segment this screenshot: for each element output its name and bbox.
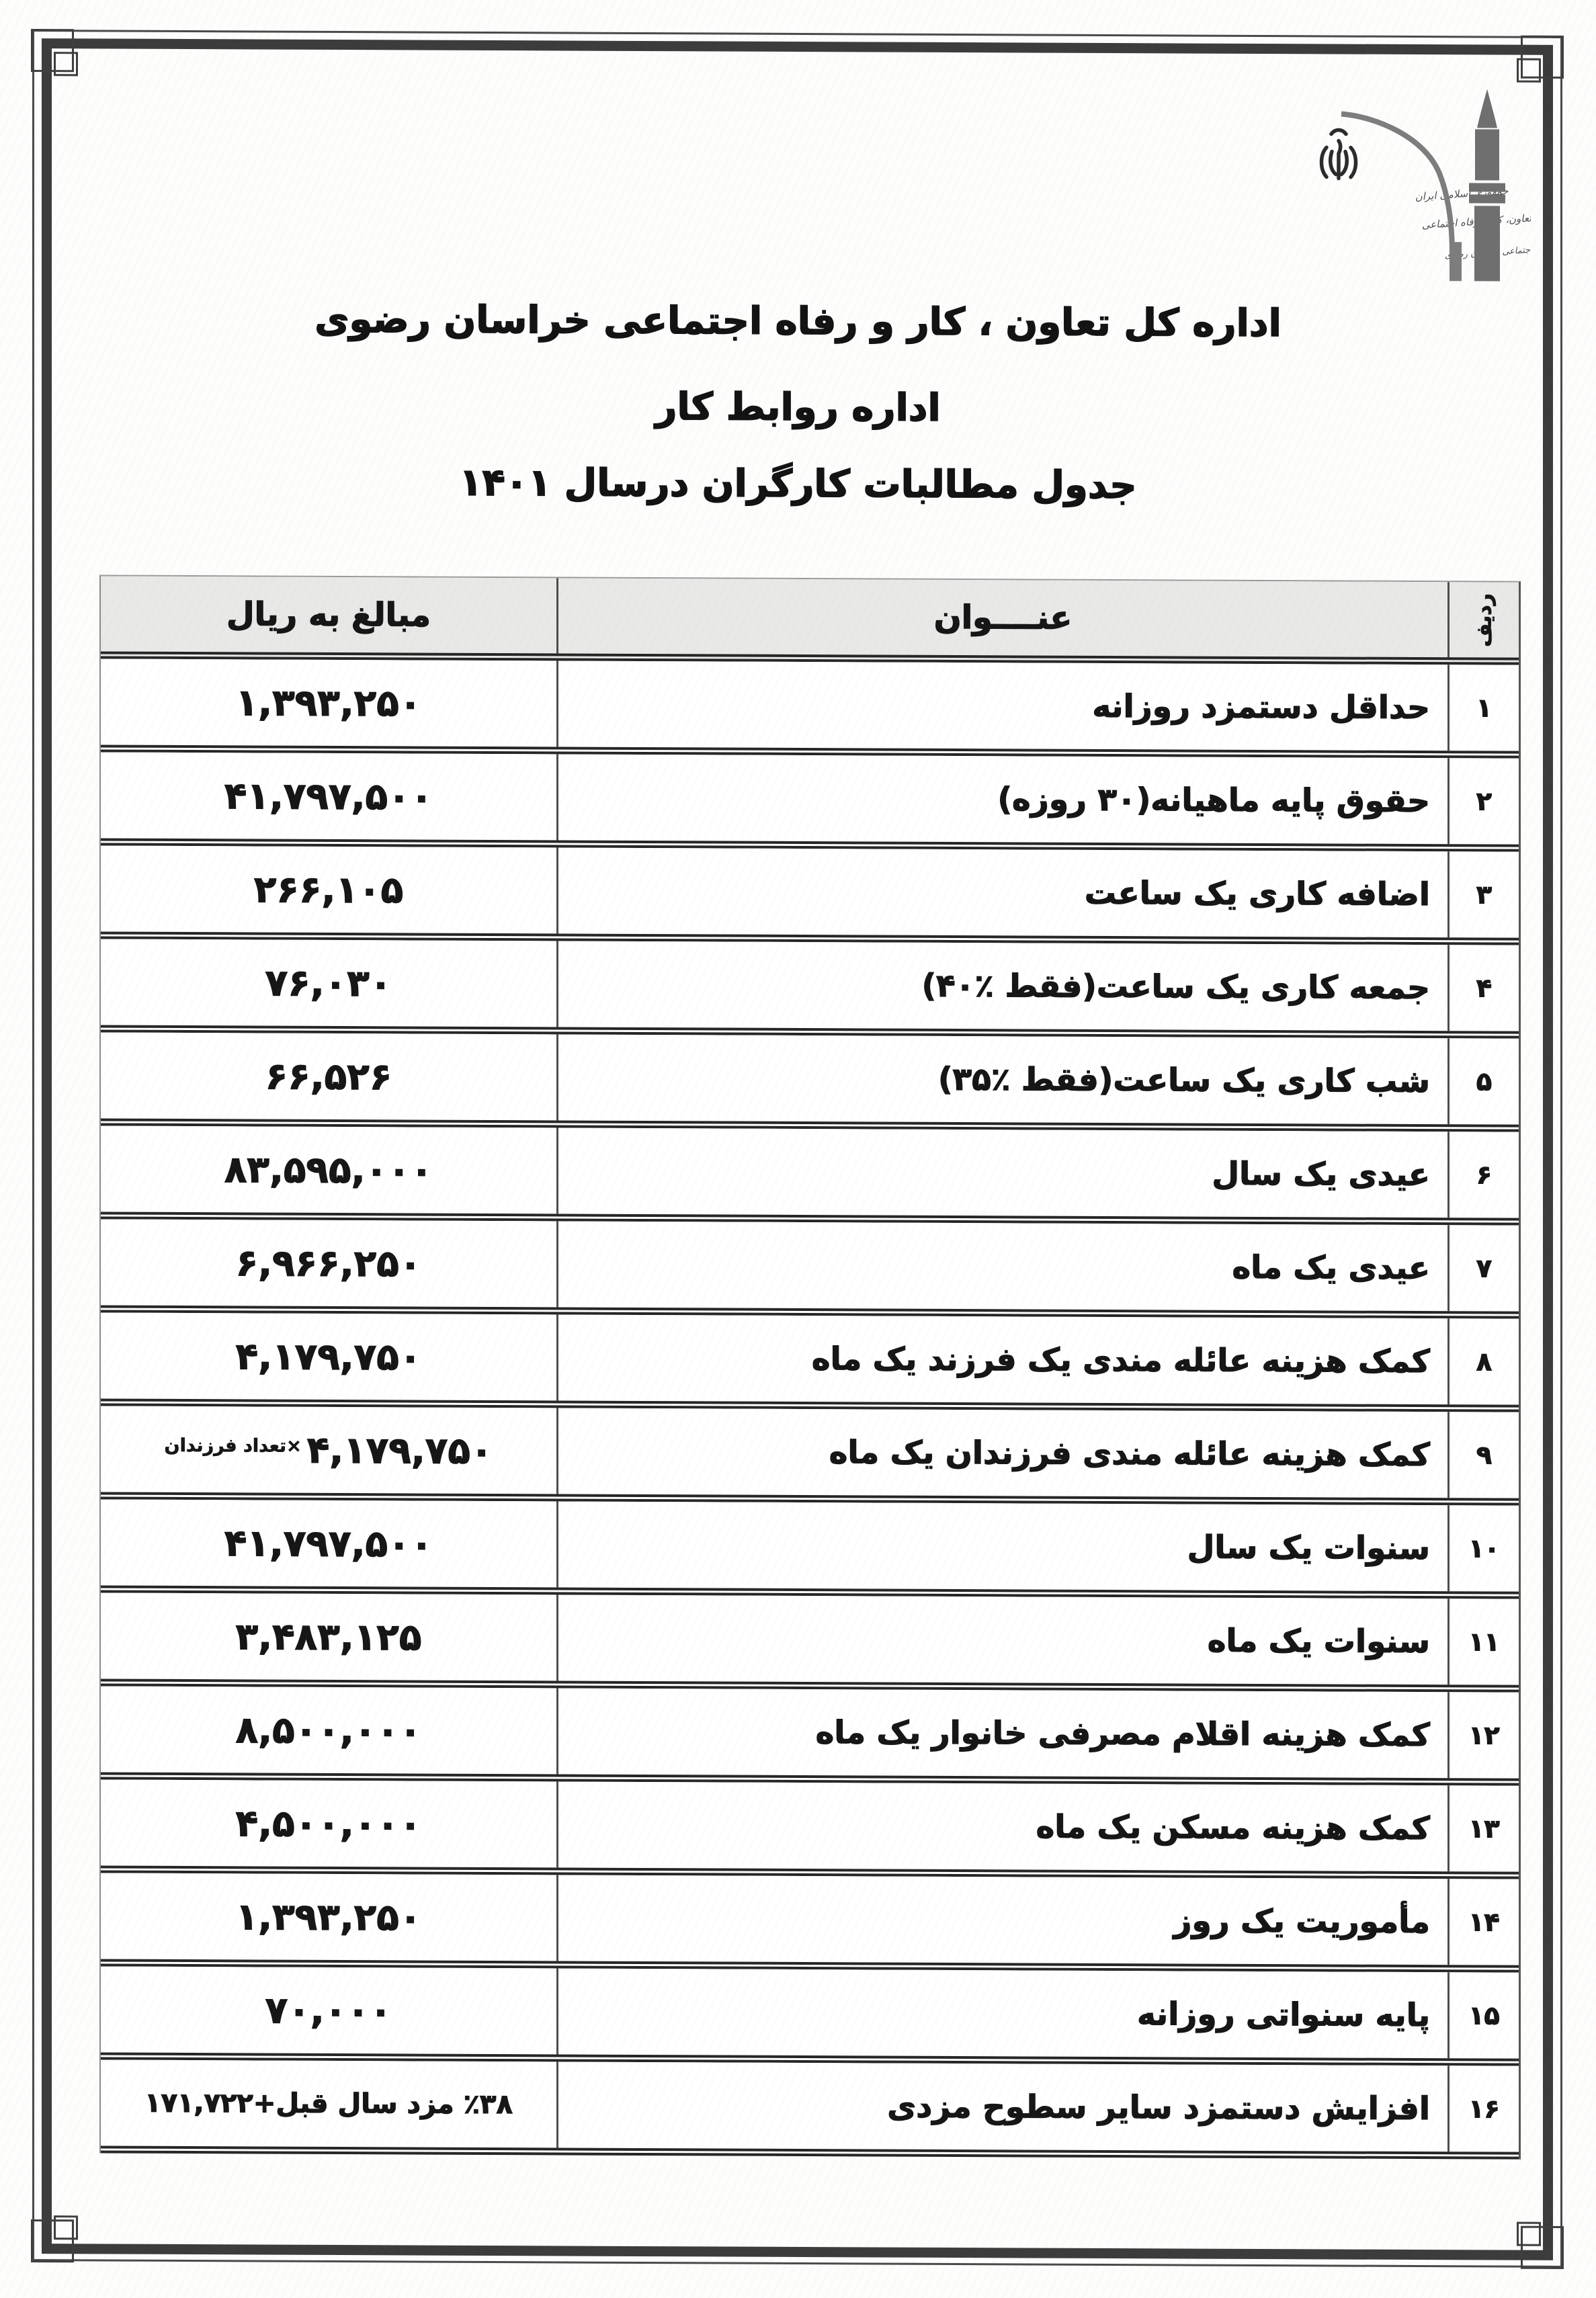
row-title: مأموریت یک روز [556, 1875, 1447, 1965]
row-title: کمک هزینه اقلام مصرفی خانوار یک ماه [556, 1688, 1447, 1778]
row-number: ۱ [1447, 665, 1519, 751]
row-amount: ۲۶۶,۱۰۵ [101, 845, 556, 933]
row-amount: ۶,۹۶۶,۲۵۰ [101, 1219, 556, 1307]
table-row: ۳ اضافه کاری یک ساعت ۲۶۶,۱۰۵ [101, 845, 1519, 945]
row-amount-value: ۷۶,۰۳۰ [265, 962, 392, 1005]
row-number: ۹ [1447, 1412, 1519, 1498]
table-row: ۱۲ کمک هزینه اقلام مصرفی خانوار یک ماه ۸… [101, 1686, 1519, 1785]
row-amount: ٪۳۸ مزد سال قبل+۱۷۱,۷۲۲ [101, 2059, 556, 2147]
row-number: ۵ [1447, 1038, 1519, 1124]
row-amount-value: ۴۱,۷۹۷,۵۰۰ [224, 1521, 433, 1565]
row-amount-value: ۶۶,۵۲۶ [265, 1055, 392, 1099]
row-number: ۴ [1447, 945, 1519, 1031]
allah-emblem-icon [1322, 130, 1356, 178]
row-amount: ۳,۴۸۳,۱۲۵ [101, 1592, 556, 1680]
row-amount-value: ٪۳۸ مزد سال قبل+۱۷۱,۷۲۲ [144, 2088, 513, 2120]
ministry-logo: جمهوری اسلامی ایران وزارت تعاون، کار و ر… [1262, 84, 1531, 314]
row-number: ۶ [1447, 1132, 1519, 1218]
claims-table: ردیف عنــــوان مبالغ به ریال ۱ حداقل دست… [99, 574, 1521, 2159]
letterhead: جمهوری اسلامی ایران وزارت تعاون، کار و ر… [1262, 84, 1531, 314]
row-amount-value: ۱,۳۹۳,۲۵۰ [236, 1895, 422, 1939]
table-row: ۲ حقوق پایه ماهیانه(۳۰ روزه) ۴۱,۷۹۷,۵۰۰ [101, 752, 1519, 851]
row-title: کمک هزینه عائله مندی یک فرزند یک ماه [556, 1314, 1447, 1404]
row-amount-value: ۴,۵۰۰,۰۰۰ [236, 1801, 422, 1845]
table-row: ۷ عیدی یک ماه ۶,۹۶۶,۲۵۰ [101, 1219, 1519, 1318]
row-title: افزایش دستمزد سایر سطوح مزدی [556, 2061, 1447, 2152]
header-amount: مبالغ به ریال [101, 576, 556, 653]
corner-ornament [54, 2215, 78, 2240]
table-row: ۵ شب کاری یک ساعت(فقط ٪۳۵) ۶۶,۵۲۶ [101, 1032, 1519, 1132]
scanned-document-page: جمهوری اسلامی ایران وزارت تعاون، کار و ر… [0, 0, 1596, 2298]
row-number: ۱۵ [1447, 1972, 1519, 2058]
row-title: سنوات یک ماه [556, 1594, 1447, 1685]
org-title: اداره کل تعاون ، کار و رفاه اجتماعی خراس… [0, 296, 1596, 347]
row-title: اضافه کاری یک ساعت [556, 847, 1447, 937]
row-title: جمعه کاری یک ساعت(فقط ٪۴۰) [556, 941, 1447, 1031]
row-amount-value: ۳,۴۸۳,۱۲۵ [236, 1615, 422, 1658]
row-amount-note: ×تعداد فرزندان [165, 1435, 302, 1456]
table-row: ۱۶ افزایش دستمزد سایر سطوح مزدی ٪۳۸ مزد … [101, 2059, 1519, 2159]
row-title: شب کاری یک ساعت(فقط ٪۳۵) [556, 1034, 1447, 1124]
row-number: ۱۰ [1447, 1505, 1519, 1591]
table-row: ۱۳ کمک هزینه مسکن یک ماه ۴,۵۰۰,۰۰۰ [101, 1779, 1519, 1879]
table-row: ۶ عیدی یک سال ۸۳,۵۹۵,۰۰۰ [101, 1125, 1519, 1225]
row-title: حقوق پایه ماهیانه(۳۰ روزه) [556, 754, 1447, 844]
row-title: سنوات یک سال [556, 1501, 1447, 1591]
row-number: ۸ [1447, 1318, 1519, 1404]
corner-ornament [54, 52, 78, 76]
row-number: ۷ [1447, 1225, 1519, 1311]
row-amount: ۷۰,۰۰۰ [101, 1966, 556, 2054]
corner-ornament [1517, 58, 1541, 83]
row-amount-value: ۱,۳۹۳,۲۵۰ [236, 681, 422, 724]
table-row: ۱۴ مأموریت یک روز ۱,۳۹۳,۲۵۰ [101, 1873, 1519, 1972]
row-amount: ۴۱,۷۹۷,۵۰۰ [101, 752, 556, 840]
row-title: حداقل دستمزد روزانه [556, 661, 1447, 751]
table-caption: جدول مطالبات کارگران درسال ۱۴۰۱ [0, 459, 1596, 509]
row-amount-value: ۸,۵۰۰,۰۰۰ [236, 1708, 422, 1752]
row-amount: ۴,۱۷۹,۷۵۰ [101, 1312, 556, 1400]
row-amount: ۴,۱۷۹,۷۵۰ ×تعداد فرزندان [101, 1406, 556, 1494]
dept-title: اداره روابط کار [0, 382, 1596, 433]
row-title: پایه سنواتی روزانه [556, 1968, 1447, 2058]
row-amount: ۷۶,۰۳۰ [101, 939, 556, 1027]
minaret-icon [1469, 89, 1505, 281]
row-amount: ۴,۵۰۰,۰۰۰ [101, 1779, 556, 1867]
row-amount-value: ۴۱,۷۹۷,۵۰۰ [224, 774, 433, 818]
header-title: عنــــوان [556, 578, 1447, 657]
header-row-number-label: ردیف [1472, 593, 1496, 647]
scan-skew-wrapper: جمهوری اسلامی ایران وزارت تعاون، کار و ر… [0, 0, 1596, 2298]
row-title: عیدی یک سال [556, 1127, 1447, 1218]
table-row: ۱۱ سنوات یک ماه ۳,۴۸۳,۱۲۵ [101, 1592, 1519, 1692]
row-amount-value: ۴,۱۷۹,۷۵۰ [307, 1429, 493, 1472]
header-row-number: ردیف [1447, 582, 1519, 657]
shrine-arch-icon [1453, 242, 1462, 281]
row-title: کمک هزینه عائله مندی فرزندان یک ماه [556, 1408, 1447, 1498]
row-amount-value: ۸۳,۵۹۵,۰۰۰ [224, 1148, 433, 1191]
row-amount: ۸,۵۰۰,۰۰۰ [101, 1686, 556, 1774]
row-amount: ۸۳,۵۹۵,۰۰۰ [101, 1125, 556, 1214]
corner-ornament [1517, 2222, 1541, 2246]
row-number: ۱۲ [1447, 1692, 1519, 1778]
row-amount: ۱,۳۹۳,۲۵۰ [101, 1873, 556, 1961]
table-row: ۸ کمک هزینه عائله مندی یک فرزند یک ماه ۴… [101, 1312, 1519, 1412]
row-amount: ۴۱,۷۹۷,۵۰۰ [101, 1499, 556, 1587]
row-title: کمک هزینه مسکن یک ماه [556, 1781, 1447, 1871]
row-title: عیدی یک ماه [556, 1221, 1447, 1311]
table-row: ۱۰ سنوات یک سال ۴۱,۷۹۷,۵۰۰ [101, 1499, 1519, 1599]
table-row: ۱۵ پایه سنواتی روزانه ۷۰,۰۰۰ [101, 1966, 1519, 2066]
row-number: ۳ [1447, 851, 1519, 937]
table-header-row: ردیف عنــــوان مبالغ به ریال [101, 576, 1519, 665]
row-amount: ۶۶,۵۲۶ [101, 1032, 556, 1120]
table-row: ۴ جمعه کاری یک ساعت(فقط ٪۴۰) ۷۶,۰۳۰ [101, 939, 1519, 1038]
row-number: ۱۳ [1447, 1785, 1519, 1871]
row-amount-value: ۶,۹۶۶,۲۵۰ [236, 1241, 422, 1285]
table-body: ۱ حداقل دستمزد روزانه ۱,۳۹۳,۲۵۰ ۲ حقوق پ… [101, 658, 1519, 2159]
row-amount-value: ۷۰,۰۰۰ [265, 1989, 392, 2033]
row-number: ۲ [1447, 758, 1519, 844]
row-amount-value: ۴,۱۷۹,۷۵۰ [236, 1334, 422, 1378]
row-number: ۱۱ [1447, 1599, 1519, 1685]
row-number: ۱۴ [1447, 1879, 1519, 1965]
row-amount-value: ۲۶۶,۱۰۵ [254, 867, 403, 911]
row-amount: ۱,۳۹۳,۲۵۰ [101, 658, 556, 747]
row-number: ۱۶ [1447, 2066, 1519, 2152]
table-row: ۹ کمک هزینه عائله مندی فرزندان یک ماه ۴,… [101, 1406, 1519, 1505]
table-row: ۱ حداقل دستمزد روزانه ۱,۳۹۳,۲۵۰ [101, 658, 1519, 758]
